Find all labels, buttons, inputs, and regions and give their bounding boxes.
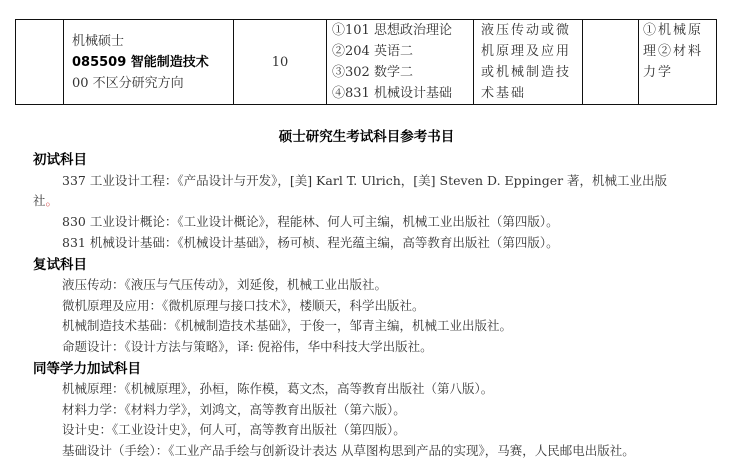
program-code-name: 085509 智能制造技术 — [72, 52, 233, 73]
continuation-mark: 。 — [46, 193, 59, 208]
blank-cell — [16, 20, 64, 105]
retest-subject-cell: 液压传动或微 机原理及应用 或机械制造技 术基础 — [474, 20, 583, 105]
retest-subject-line: 或机械制造技 — [481, 62, 582, 83]
degree-type: 机械硕士 — [72, 31, 233, 52]
additional-subject-line: 理②材料 — [643, 41, 716, 62]
reference-item: 材料力学：《材料力学》，刘鸿文，高等教育出版社（第六版）。 — [62, 400, 406, 418]
reference-item: 机械制造技术基础：《机械制造技术基础》，于俊一，邹青主编，机械工业出版社。 — [62, 316, 512, 334]
reference-item: 命题设计：《设计方法与策略》，译: 倪裕伟，华中科技大学出版社。 — [62, 337, 433, 355]
reference-item: 337 工业设计工程：《产品设计与开发》，[美] Karl T. Ulrich，… — [62, 171, 667, 189]
research-direction: 00 不区分研究方向 — [72, 73, 233, 94]
table-row: 机械硕士 085509 智能制造技术 00 不区分研究方向 10 ①101 思想… — [16, 20, 717, 105]
blank-cell — [583, 20, 639, 105]
reference-item: 设计史：《工业设计史》，何人可，高等教育出版社（第四版）。 — [62, 420, 406, 438]
exam-subject: ②204 英语二 — [332, 41, 473, 62]
reference-item: 液压传动：《液压与气压传动》，刘延俊，机械工业出版社。 — [62, 275, 387, 293]
exam-subject: ④831 机械设计基础 — [332, 83, 473, 104]
continuation-text: 社 — [33, 193, 46, 208]
reference-item: 机械原理：《机械原理》，孙桓，陈作模，葛文杰，高等教育出版社（第八版）。 — [62, 379, 493, 397]
section-heading-equivalent: 同等学力加试科目 — [33, 357, 141, 377]
exam-subject: ①101 思想政治理论 — [332, 20, 473, 41]
additional-subjects-cell: ①机械原 理②材料 力学 — [639, 20, 717, 105]
reference-item: 830 工业设计概论：《工业设计概论》，程能林、何人可主编，机械工业出版社（第四… — [62, 212, 559, 230]
reference-item: 831 机械设计基础：《机械设计基础》，杨可桢、程光蕴主编，高等教育出版社（第四… — [62, 233, 559, 251]
retest-subject-line: 机原理及应用 — [481, 41, 582, 62]
enrollment-cell: 10 — [234, 20, 327, 105]
retest-subject-line: 术基础 — [481, 83, 582, 104]
reference-item-continuation: 社。 — [33, 191, 58, 209]
retest-subject-line: 液压传动或微 — [481, 20, 582, 41]
section-heading-retest: 复试科目 — [33, 253, 87, 273]
reference-item: 基础设计（手绘）：《工业产品手绘与创新设计表达 从草图构思到产品的实现》，马赛，… — [62, 441, 635, 459]
additional-subject-line: 力学 — [643, 62, 716, 83]
exam-subject: ③302 数学二 — [332, 62, 473, 83]
program-table: 机械硕士 085509 智能制造技术 00 不区分研究方向 10 ①101 思想… — [15, 19, 717, 105]
program-cell: 机械硕士 085509 智能制造技术 00 不区分研究方向 — [64, 20, 234, 105]
document-title: 硕士研究生考试科目参考书目 — [0, 125, 733, 145]
additional-subject-line: ①机械原 — [643, 20, 716, 41]
exam-subjects-cell: ①101 思想政治理论 ②204 英语二 ③302 数学二 ④831 机械设计基… — [327, 20, 474, 105]
reference-item: 微机原理及应用：《微机原理与接口技术》，楼顺天，科学出版社。 — [62, 296, 425, 314]
section-heading-initial: 初试科目 — [33, 148, 87, 168]
